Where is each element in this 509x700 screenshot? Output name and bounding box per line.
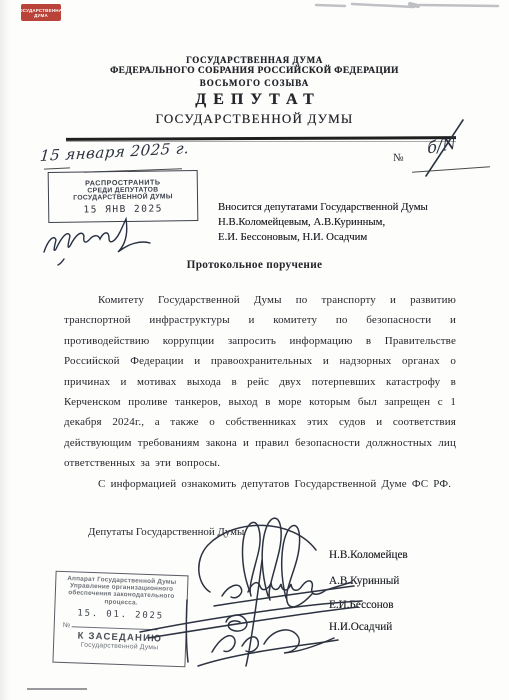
org-name-line2: ФЕДЕРАЛЬНОГО СОБРАНИЯ РОССИЙСКОЙ ФЕДЕРАЦ… bbox=[0, 66, 509, 76]
apparatus-stamp-date: 15. 01. 2025 bbox=[55, 608, 186, 623]
red-stamp-line2: ДУМА bbox=[34, 13, 48, 18]
number-label: № bbox=[393, 152, 404, 164]
body-text: Комитету Государственной Думы по транспо… bbox=[64, 290, 456, 494]
org-name-line1: ГОСУДАРСТВЕННАЯ ДУМА bbox=[0, 55, 509, 65]
deputy-title: ДЕПУТАТ bbox=[0, 91, 509, 109]
number-underline bbox=[412, 166, 490, 172]
deputy-name-bessonov: Е.И.Бессонов bbox=[329, 599, 394, 611]
submitted-by-line3: Е.И. Бессоновым, Н.И. Осадчим bbox=[218, 230, 428, 245]
deputy-name-osadchy: Н.И.Осадчий bbox=[329, 621, 392, 633]
deputy-subtitle: ГОСУДАРСТВЕННОЙ ДУМЫ bbox=[0, 111, 509, 127]
handwritten-number: б/N bbox=[427, 133, 457, 157]
submitted-by-line1: Вносится депутатами Государственной Думы bbox=[218, 200, 428, 215]
distribute-stamp-line3: ГОСУДАРСТВЕННОЙ ДУМЫ bbox=[73, 193, 173, 201]
handwritten-date: 15 января 2025 г. bbox=[39, 139, 190, 165]
duma-red-stamp: ГОСУДАРСТВЕННАЯ ДУМА bbox=[21, 4, 61, 21]
submitted-by-block: Вносится депутатами Государственной Думы… bbox=[218, 200, 428, 246]
deputy-name-kolomeytsev: Н.В.Коломейцев bbox=[329, 549, 408, 561]
org-name-line3: ВОСЬМОГО СОЗЫВА bbox=[0, 78, 509, 88]
apparatus-stamp: Аппарат Государственной Думы Управление … bbox=[52, 571, 188, 668]
bottom-left-line bbox=[27, 688, 87, 690]
top-edge-smudge bbox=[316, 4, 498, 7]
submitted-by-line2: Н.В.Коломейцевым, А.В.Куринным, bbox=[218, 215, 428, 230]
signatories-label: Депутаты Государственной Думы bbox=[88, 526, 244, 538]
deputy-name-kurinny: А.В.Куринный bbox=[329, 575, 399, 587]
date-underline-1 bbox=[44, 167, 70, 169]
apparatus-stamp-number-blank bbox=[72, 621, 158, 630]
document-title: Протокольное поручение bbox=[0, 259, 509, 271]
distribute-stamp: РАСПРОСТРАНИТЬ СРЕДИ ДЕПУТАТОВ ГОСУДАРСТ… bbox=[48, 170, 199, 223]
body-paragraph-2: С информацией ознакомить депутатов Госуд… bbox=[64, 474, 456, 494]
signature-osadchy bbox=[198, 630, 338, 666]
body-paragraph-1: Комитету Государственной Думы по транспо… bbox=[64, 290, 456, 474]
apparatus-stamp-number-label: № bbox=[63, 622, 71, 629]
distribute-stamp-date: 15 ЯНВ 2025 bbox=[83, 203, 163, 215]
document-scan: ГОСУДАРСТВЕННАЯ ДУМА ГОСУДАРСТВЕННАЯ ДУМ… bbox=[0, 0, 509, 700]
